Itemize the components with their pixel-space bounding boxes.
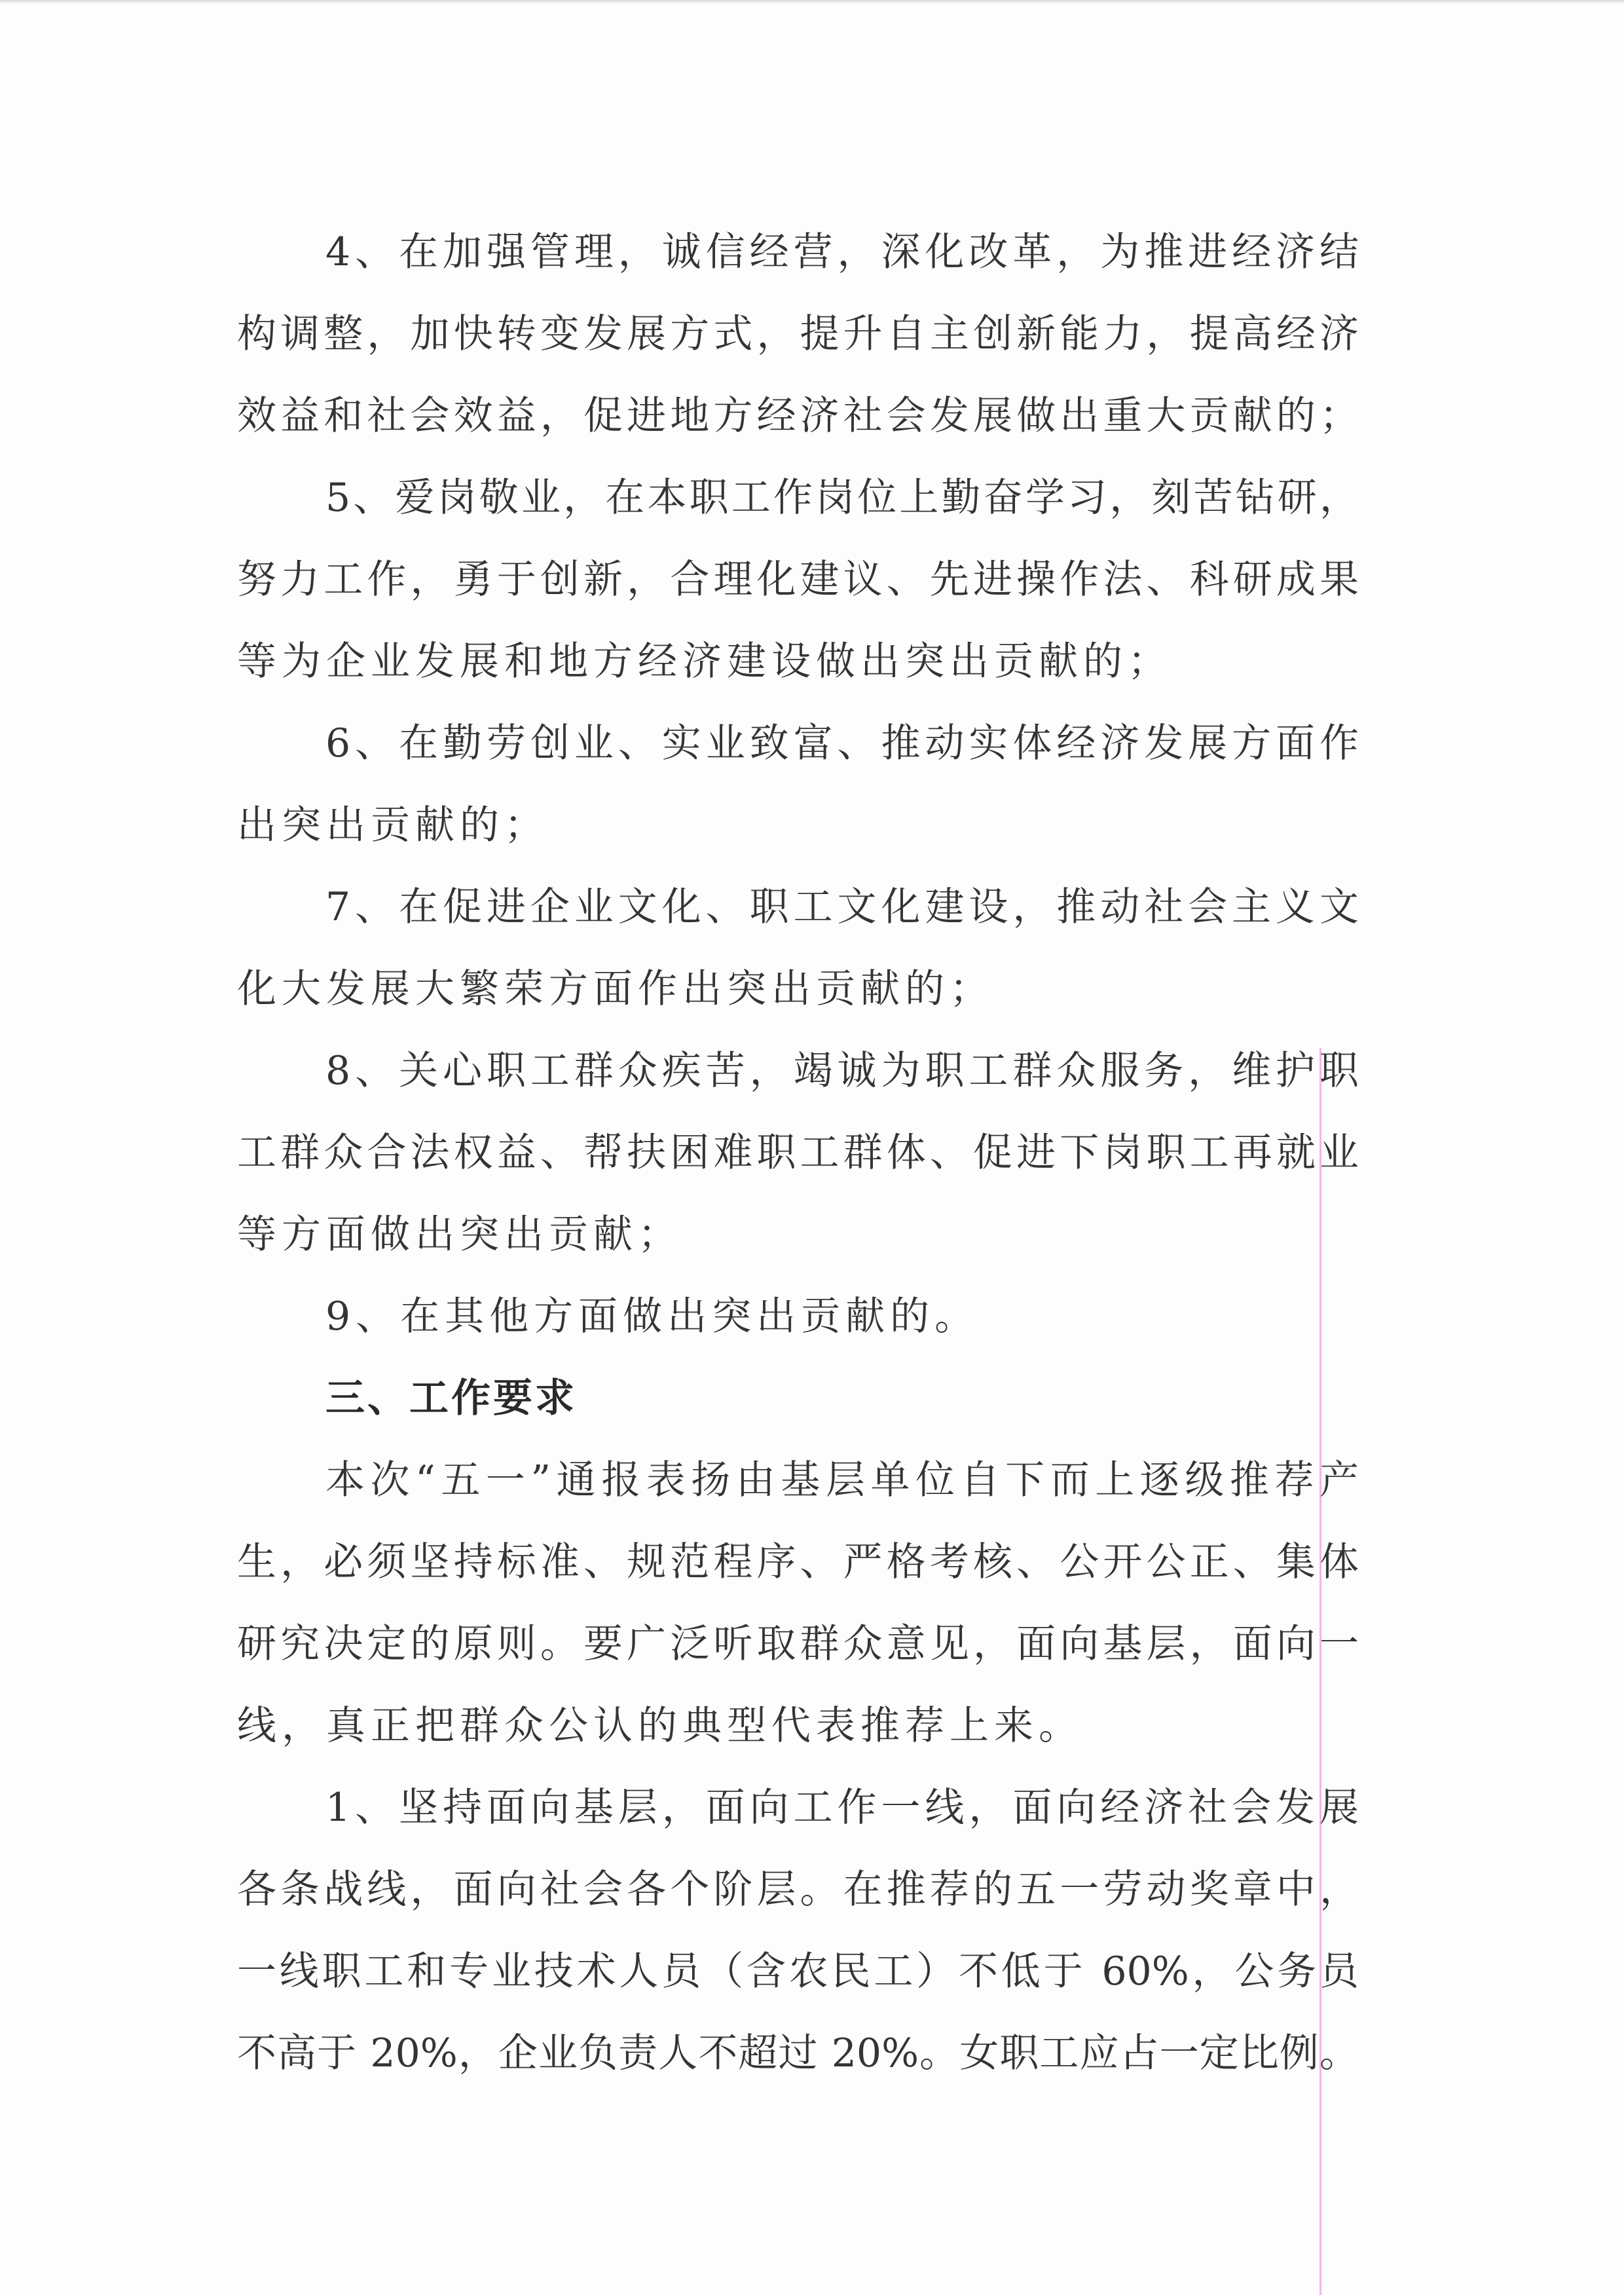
item-6-line-1: 6、在勤劳创业、实业致富、推动实体经济发展方面作: [325, 717, 1359, 770]
requirements-intro-line-1: 本次“五一”通报表扬由基层单位自下而上逐级推荐产: [325, 1454, 1359, 1506]
item-5-line-1: 5、爱岗敬业，在本职工作岗位上勤奋学习，刻苦钻研，: [325, 472, 1359, 524]
requirement-1-line-2: 各条战线，面向社会各个阶层。在推荐的五一劳动奖章中，: [237, 1863, 1359, 1916]
item-4-line-2: 构调整，加快转变发展方式，提升自主创新能力，提高经济: [237, 308, 1359, 360]
item-8-line-1: 8、关心职工群众疾苦，竭诚为职工群众服务，维护职: [325, 1045, 1359, 1097]
item-4-line-3: 效益和社会效益，促进地方经济社会发展做出重大贡献的；: [237, 390, 1359, 442]
item-7-line-1: 7、在促进企业文化、职工文化建设，推动社会主义文: [325, 881, 1359, 933]
item-5-line-3: 等为企业发展和地方经济建设做出突出贡献的；: [237, 635, 1172, 688]
requirement-1-line-4: 不高于 20%，企业负责人不超过 20%。女职工应占一定比例。: [237, 2027, 1359, 2080]
requirements-intro-line-4: 线，真正把群众公认的典型代表推荐上来。: [237, 1700, 1083, 1752]
item-7-line-2: 化大发展大繁荣方面作出突出贡献的；: [237, 963, 994, 1015]
requirement-1-line-1: 1、坚持面向基层，面向工作一线，面向经济社会发展: [325, 1782, 1359, 1834]
item-8-line-3: 等方面做出突出贡献；: [237, 1208, 682, 1261]
requirements-intro-line-2: 生，必须坚持标准、规范程序、严格考核、公开公正、集体: [237, 1536, 1359, 1588]
item-5-line-2: 努力工作，勇于创新，合理化建议、先进操作法、科研成果: [237, 553, 1359, 606]
item-9-line-1: 9、在其他方面做出突出贡献的。: [325, 1290, 979, 1343]
scanned-document-page: 4、在加强管理，诚信经营，深化改革，为推进经济结 构调整，加快转变发展方式，提升…: [0, 0, 1624, 2295]
requirements-intro-line-3: 研究决定的原则。要广泛听取群众意见，面向基层，面向一: [237, 1618, 1359, 1670]
item-6-line-2: 出突出贡献的；: [237, 799, 549, 851]
item-8-line-2: 工群众合法权益、帮扶困难职工群体、促进下岗职工再就业: [237, 1127, 1359, 1179]
section-heading: 三、工作要求: [325, 1372, 577, 1425]
requirement-1-line-3: 一线职工和专业技术人员（含农民工）不低于 60%，公务员: [237, 1945, 1359, 1998]
item-4-line-1: 4、在加强管理，诚信经营，深化改革，为推进经济结: [325, 226, 1359, 278]
scan-edge-shadow: [0, 0, 1624, 4]
margin-guide-line: [1319, 1048, 1321, 2295]
